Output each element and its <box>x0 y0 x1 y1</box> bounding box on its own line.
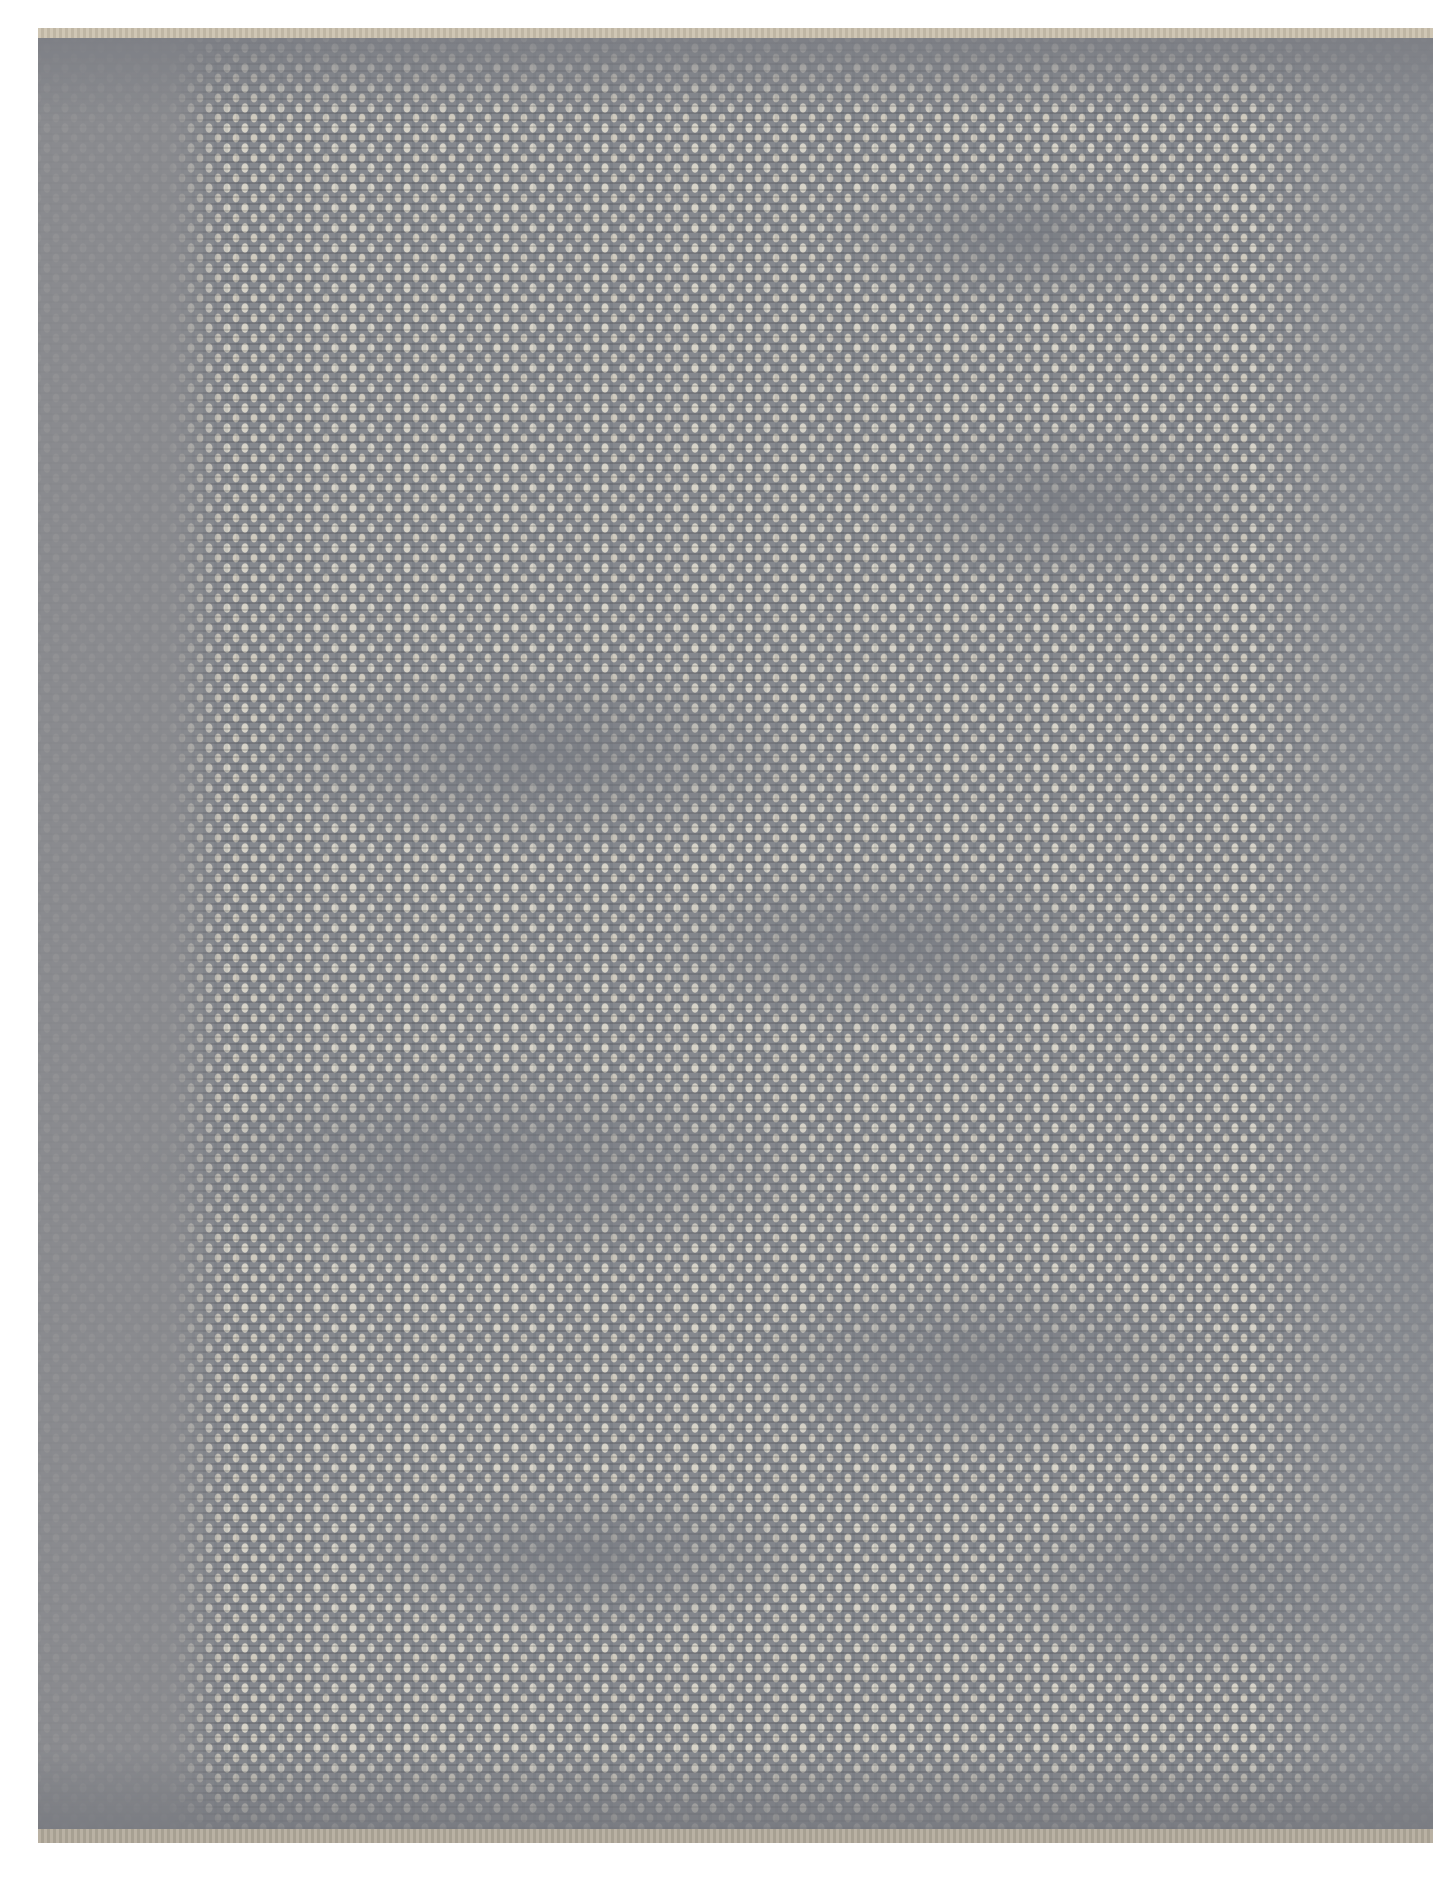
rug-top-fringe <box>38 28 1433 38</box>
abrash-cloud <box>738 1268 1238 1468</box>
top-abrash-band <box>38 38 1433 118</box>
rug-bottom-fringe <box>38 1829 1433 1843</box>
abrash-cloud <box>238 658 838 858</box>
abrash-cloud <box>988 1488 1388 1688</box>
abrash-cloud <box>818 158 1238 318</box>
rug-field <box>38 38 1433 1829</box>
bottom-abrash-band <box>38 1749 1433 1829</box>
left-abrash-band <box>38 38 228 1829</box>
abrash-cloud <box>858 418 1278 598</box>
abrash-cloud <box>338 1478 838 1638</box>
abrash-cloud <box>638 858 1138 1038</box>
abrash-cloud <box>138 1058 838 1278</box>
rug <box>38 28 1433 1843</box>
